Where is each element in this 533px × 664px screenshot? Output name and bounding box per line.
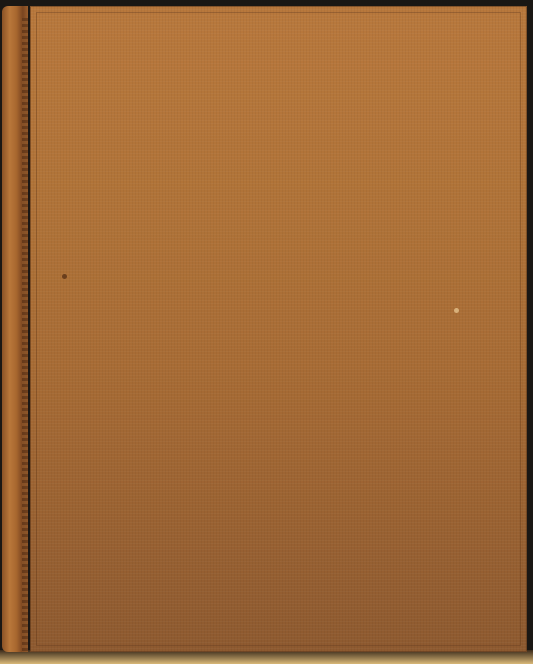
book-spine bbox=[2, 6, 28, 652]
cover-blemish bbox=[62, 274, 67, 279]
cover-blemish bbox=[454, 308, 459, 313]
spine-frayed-edge bbox=[22, 18, 28, 652]
cover-blind-border bbox=[36, 12, 521, 646]
book-cover bbox=[30, 6, 527, 652]
surface bbox=[0, 650, 533, 664]
